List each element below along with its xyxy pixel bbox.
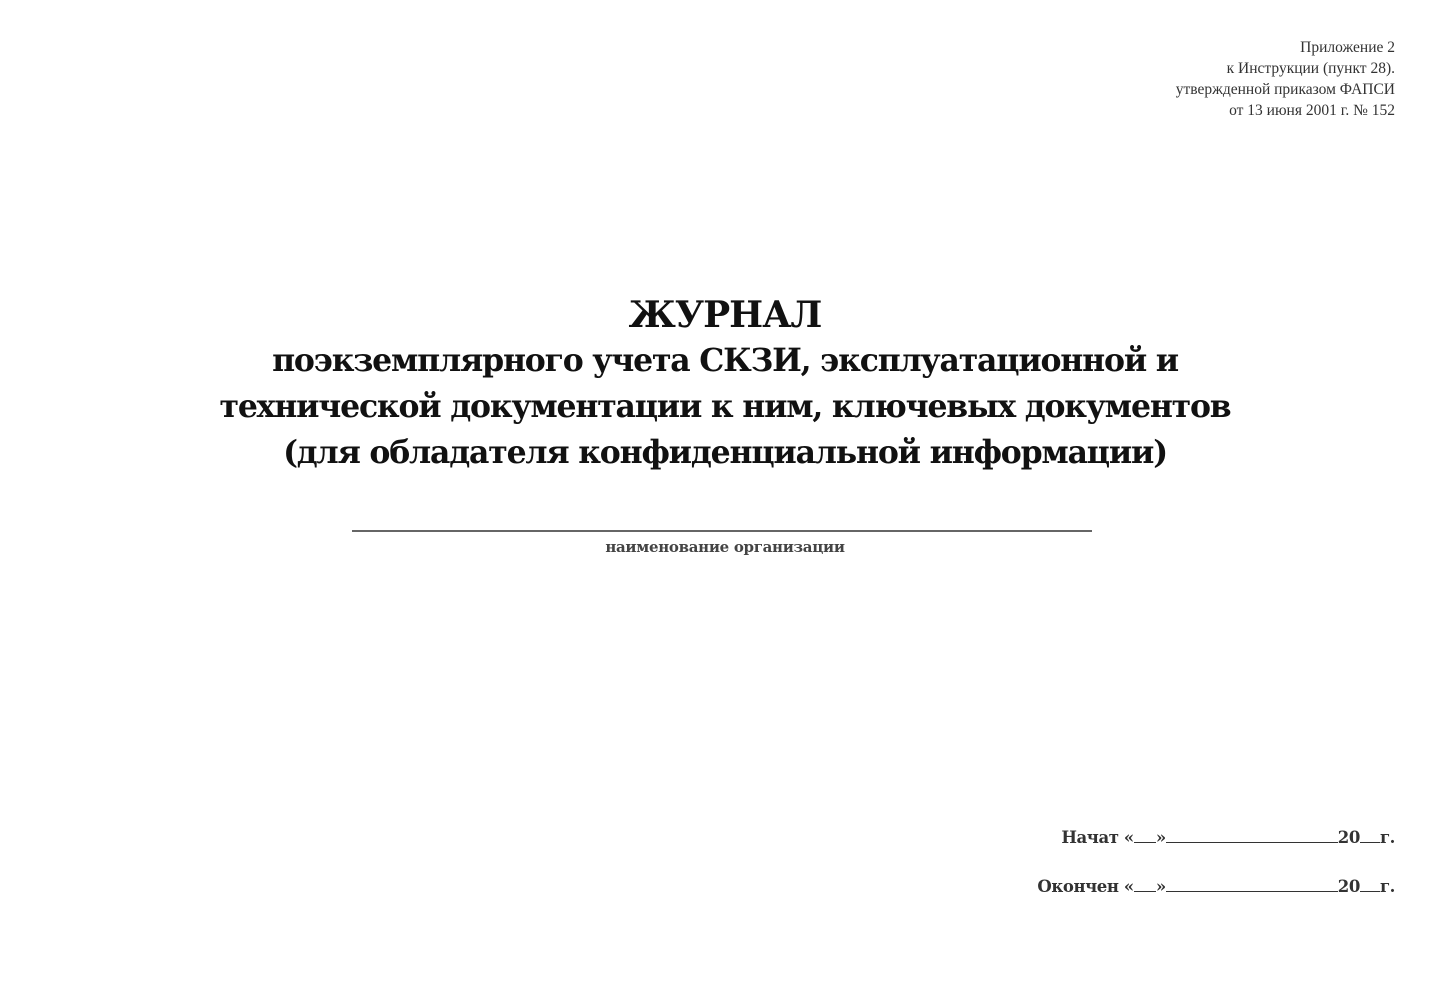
title-subline: поэкземплярного учета СКЗИ, эксплуатацио…	[0, 338, 1450, 384]
appendix-reference: Приложение 2 к Инструкции (пункт 28). ут…	[1176, 37, 1395, 121]
document-title: ЖУРНАЛ поэкземплярного учета СКЗИ, экспл…	[0, 292, 1450, 476]
title-main: ЖУРНАЛ	[0, 292, 1450, 338]
end-year-prefix: 20	[1338, 877, 1360, 896]
end-year-suffix: г.	[1380, 877, 1395, 896]
end-month-field[interactable]	[1166, 877, 1338, 892]
start-label: Начат «	[1061, 828, 1134, 847]
start-year-prefix: 20	[1338, 828, 1360, 847]
end-year-field[interactable]	[1360, 877, 1380, 892]
title-subline: технической документации к ним, ключевых…	[0, 384, 1450, 430]
end-day-field[interactable]	[1134, 877, 1156, 892]
appendix-line: к Инструкции (пункт 28).	[1176, 58, 1395, 79]
end-label: Окончен «	[1037, 877, 1133, 896]
start-day-field[interactable]	[1134, 828, 1156, 843]
start-date-row: Начат « » 20 г.	[1061, 828, 1395, 847]
start-year-field[interactable]	[1360, 828, 1380, 843]
appendix-line: Приложение 2	[1176, 37, 1395, 58]
start-year-suffix: г.	[1380, 828, 1395, 847]
end-quote-close: »	[1156, 877, 1166, 896]
end-date-row: Окончен « » 20 г.	[1037, 877, 1395, 896]
start-month-field[interactable]	[1166, 828, 1338, 843]
organization-name-field[interactable]	[352, 530, 1092, 532]
start-quote-close: »	[1156, 828, 1166, 847]
title-subline: (для обладателя конфиденциальной информа…	[0, 430, 1450, 476]
organization-caption: наименование организации	[0, 538, 1450, 556]
appendix-line: утвержденной приказом ФАПСИ	[1176, 79, 1395, 100]
appendix-line: от 13 июня 2001 г. № 152	[1176, 100, 1395, 121]
